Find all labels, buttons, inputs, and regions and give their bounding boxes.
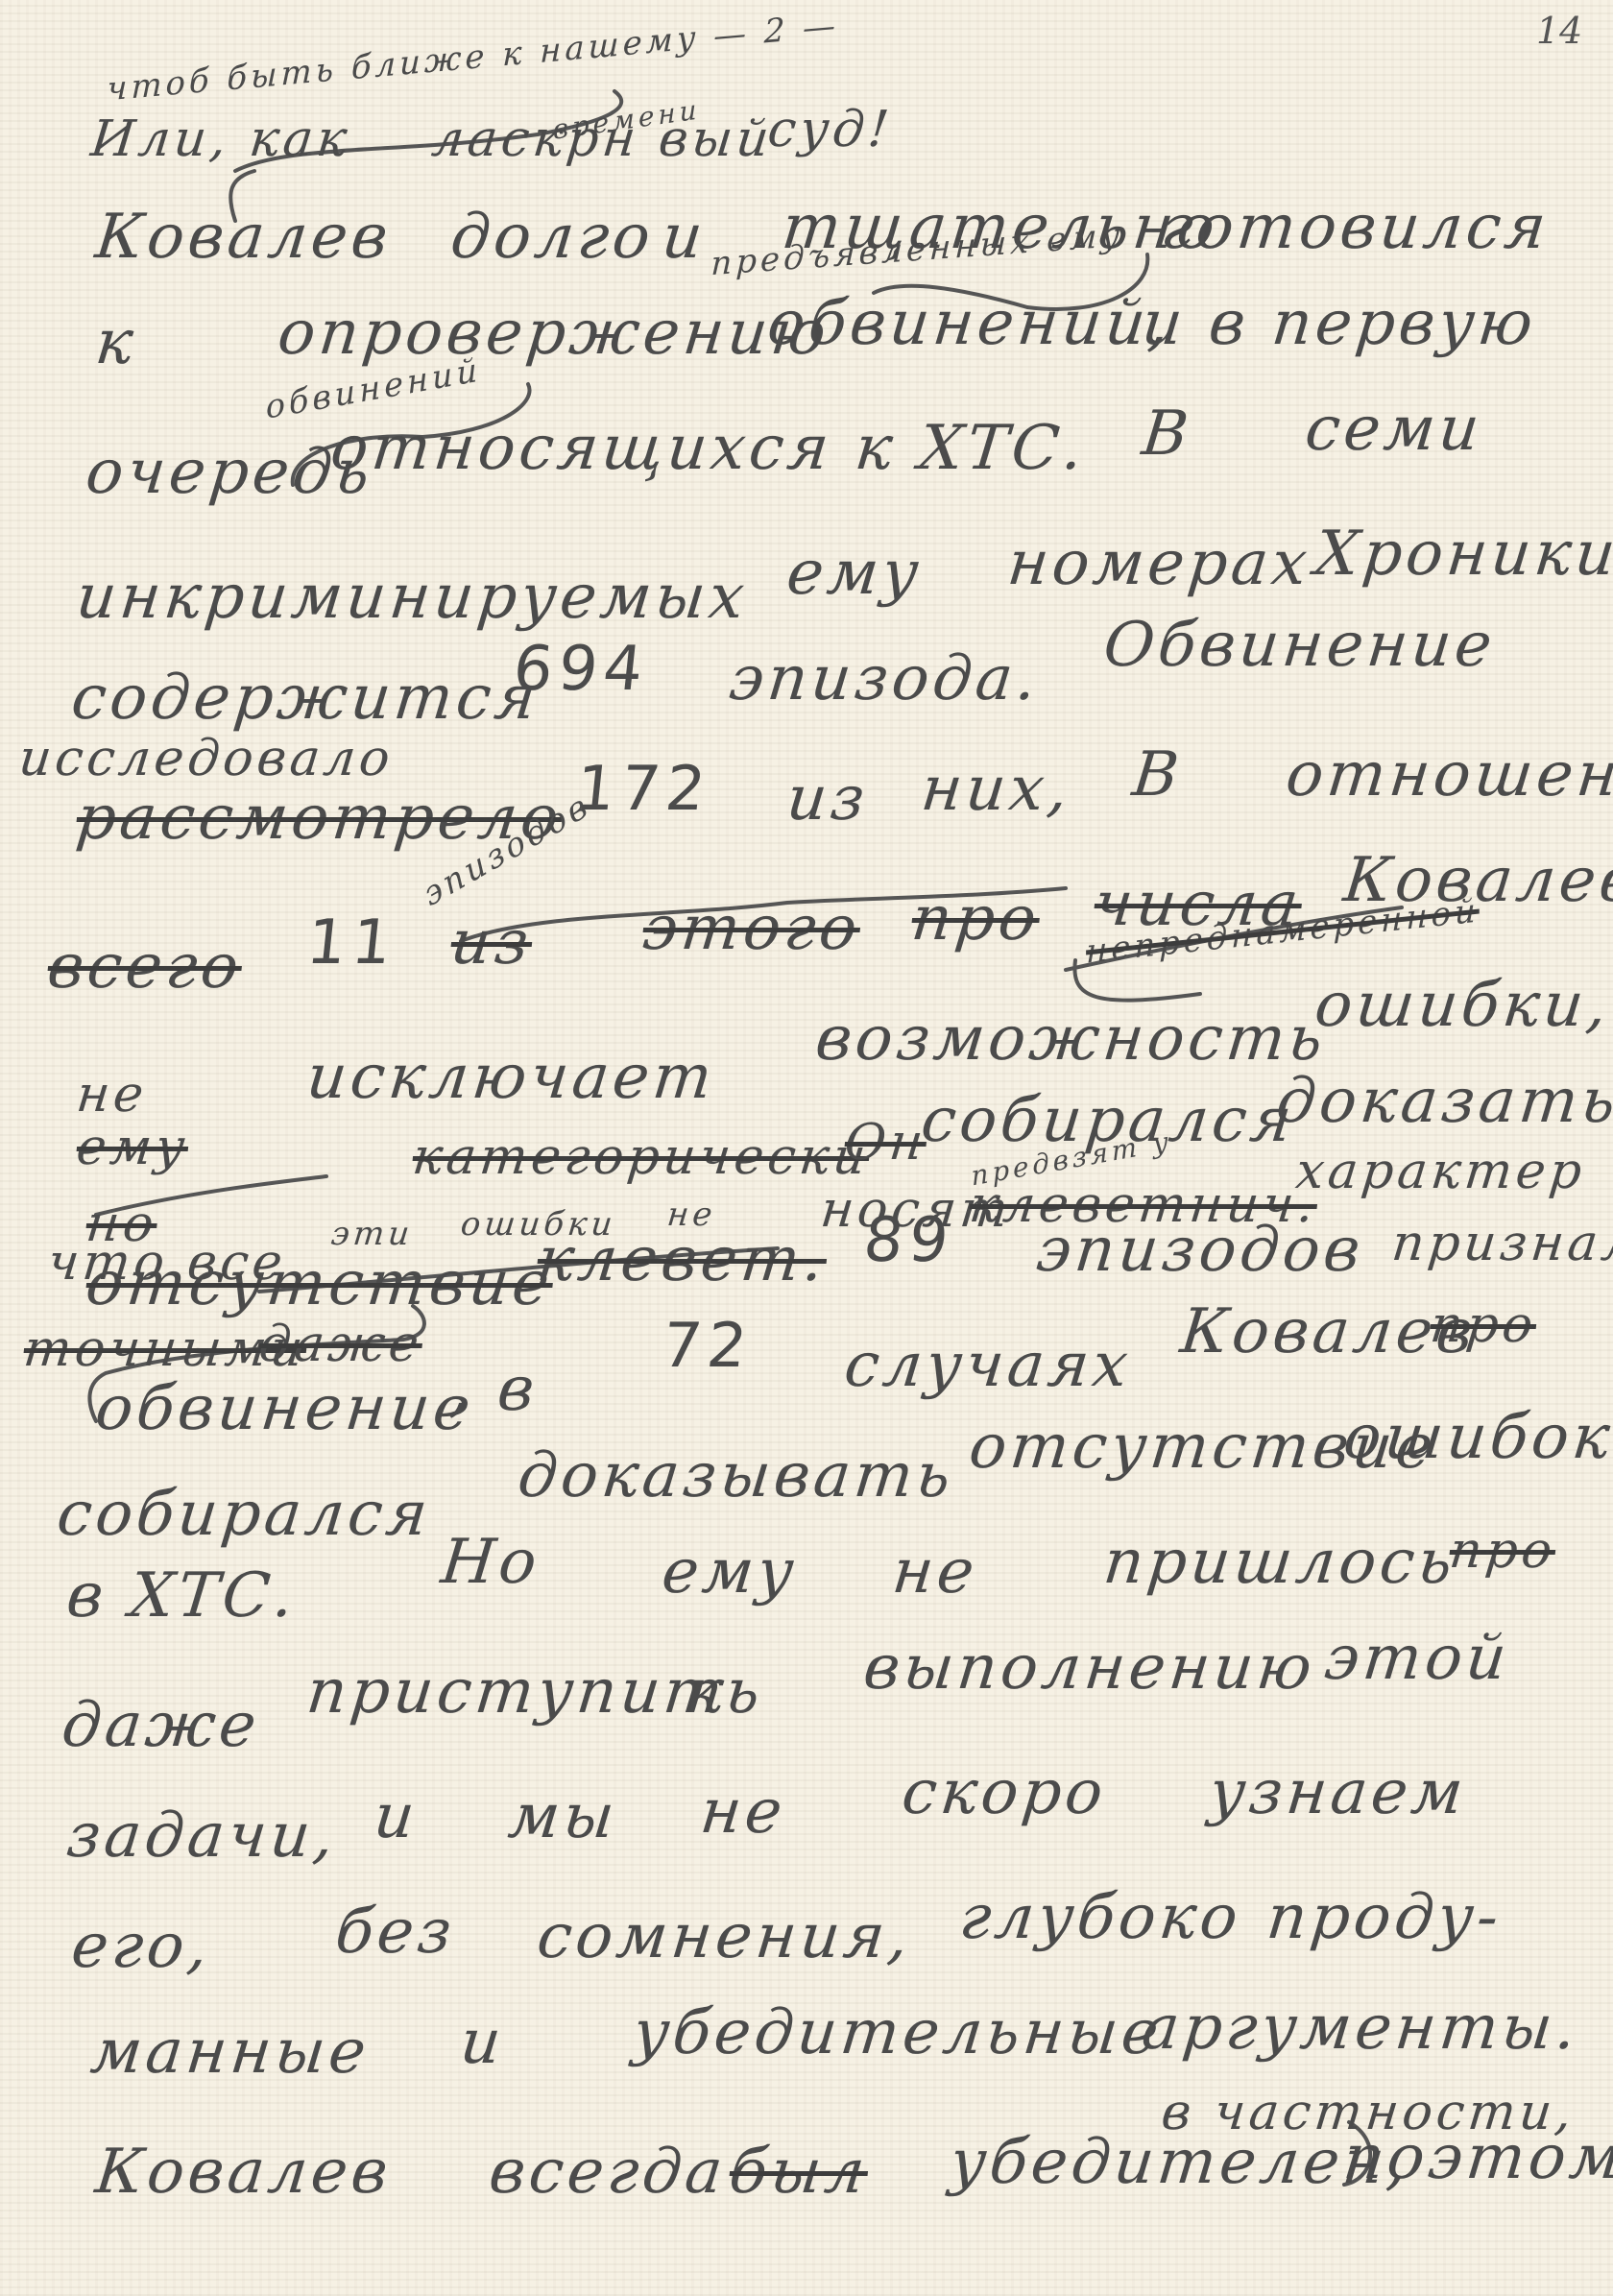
episode-count: 694: [510, 634, 652, 705]
word: манные: [87, 2017, 373, 2088]
word: аргументы.: [1139, 1993, 1583, 2064]
word: эпизодов: [1033, 1215, 1367, 1286]
word: ошибок.: [1340, 1402, 1613, 1473]
word: Но: [438, 1527, 543, 1598]
word: исключает: [303, 1042, 719, 1113]
case-count: 72: [659, 1311, 756, 1382]
struck-word: клевет.: [534, 1224, 831, 1295]
struck-word: про: [1428, 1296, 1539, 1354]
word: характер: [1293, 1143, 1588, 1200]
word: ему: [659, 1536, 801, 1607]
word: убедительные: [630, 1997, 1166, 2068]
struck-word: Он: [842, 1114, 929, 1172]
word: и: [659, 202, 710, 273]
word: выполнению: [860, 1632, 1318, 1704]
word: обвинение: [92, 1373, 477, 1444]
struck-word: был: [726, 2137, 872, 2208]
word: Ковалев: [92, 2137, 395, 2208]
struck-word: этого: [639, 893, 864, 964]
word: его,: [68, 1911, 215, 1982]
word: Обвинение: [1100, 610, 1499, 681]
word: Хроники: [1312, 519, 1613, 590]
word: инкриминируемых: [73, 562, 751, 633]
word: глубоко: [956, 1882, 1244, 1953]
word: В: [1139, 399, 1195, 470]
word: суд!: [765, 101, 895, 158]
word: обвинений,: [764, 288, 1176, 359]
word: готовился: [1158, 192, 1553, 263]
struck-word: категорически: [410, 1128, 873, 1186]
word: не: [889, 1536, 981, 1607]
episode-count: 11: [303, 907, 400, 979]
struck-word: ему: [74, 1119, 191, 1176]
word: к: [92, 307, 140, 378]
word: собирался: [54, 1479, 435, 1550]
word: поэтому,: [1340, 2122, 1613, 2193]
word: отношении: [1283, 739, 1613, 810]
word: эти: [329, 1215, 415, 1253]
word: ему: [783, 538, 926, 609]
word: опровержению: [275, 298, 832, 369]
struck-word: из: [447, 907, 536, 979]
word: , в: [447, 1354, 542, 1425]
word: узнаем: [1206, 1757, 1470, 1828]
word: пришлось: [1100, 1527, 1459, 1598]
word: в ХТС.: [63, 1560, 301, 1631]
word: них,: [918, 754, 1075, 825]
word: проду-: [1264, 1882, 1505, 1953]
word: В: [1129, 739, 1186, 810]
manuscript-page: 14 чтоб быть ближе к нашему — 2 — времен…: [0, 0, 1613, 2296]
word: случаях: [841, 1330, 1135, 1401]
word: доказывать: [515, 1440, 957, 1511]
word: долго: [447, 202, 657, 273]
word: из: [783, 763, 872, 834]
word: сомнения,: [534, 1901, 915, 1972]
word: как: [247, 110, 353, 168]
word: всегда: [486, 2137, 730, 2208]
struck-word: всего: [44, 931, 246, 1003]
struck-word: про: [1447, 1522, 1558, 1580]
word: и в первую: [1139, 288, 1540, 359]
struck-word: отсутствие: [83, 1248, 557, 1319]
word: признало: [1389, 1215, 1613, 1272]
word: доказать: [1273, 1066, 1613, 1137]
word: скоро: [899, 1757, 1110, 1828]
word: Ковалев: [92, 202, 395, 273]
word: и: [457, 2007, 508, 2078]
struck-word: даже: [256, 1316, 425, 1373]
word: задачи,: [63, 1801, 341, 1872]
word: относящихся к ХТС.: [327, 413, 1090, 484]
word: и: [371, 1781, 421, 1852]
word: без: [332, 1897, 459, 1968]
word: не: [74, 1066, 150, 1124]
page-number: 14: [1536, 10, 1582, 52]
struck-word: про: [908, 883, 1043, 955]
word: семи: [1302, 394, 1486, 465]
insertion-text: чтоб быть ближе к нашему — 2 —: [107, 7, 839, 109]
word: не: [697, 1776, 789, 1848]
word: этой: [1321, 1623, 1513, 1694]
insertion-text: исследовало: [16, 730, 397, 787]
word: эпизода.: [726, 643, 1044, 714]
word: номерах: [1004, 528, 1314, 599]
word: возможность: [812, 1003, 1330, 1075]
examined-count: 172: [572, 754, 714, 825]
word: ошибки,: [1312, 970, 1613, 1041]
word: к: [683, 1656, 731, 1728]
word: даже: [59, 1690, 263, 1761]
word: мы: [505, 1781, 621, 1852]
word: ласкрн вый: [429, 110, 776, 168]
episode-count: 89: [860, 1205, 957, 1276]
word: Или,: [88, 110, 233, 168]
word: содержится: [68, 663, 542, 734]
